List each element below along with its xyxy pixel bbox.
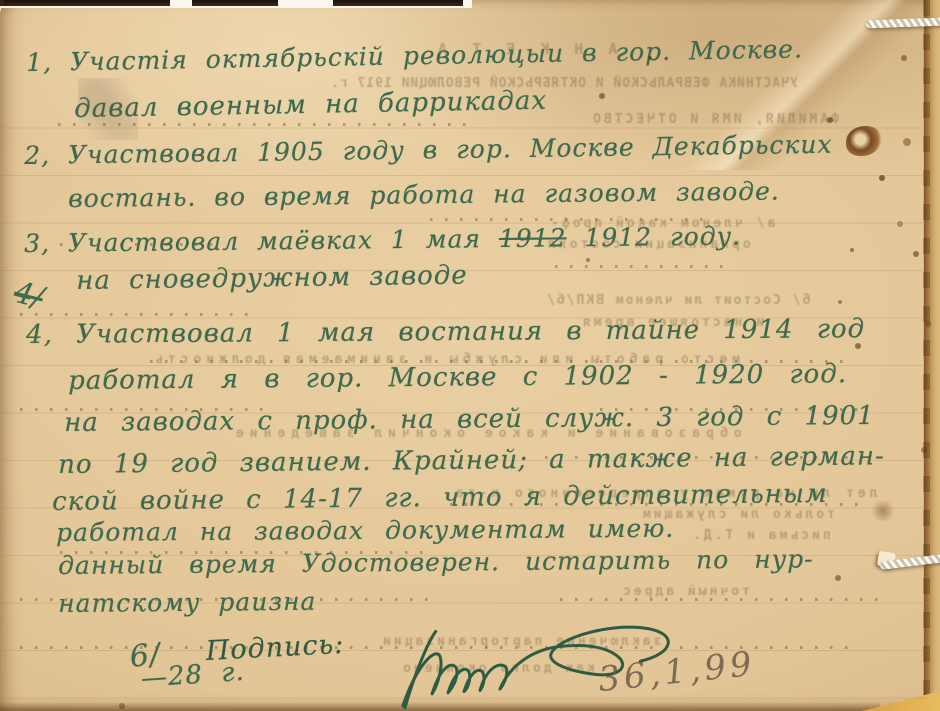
faint-stain — [870, 500, 896, 522]
top-torn-edge — [192, 0, 278, 6]
top-torn-edge — [333, 0, 463, 6]
paper-specks — [0, 0, 4, 4]
bleedthrough-line: б/ Состоит ли членом ВКП/б/ — [545, 293, 810, 308]
bleedthrough-line: письма и Т.Д. — [690, 528, 831, 543]
handwritten-line-6: на сноведружном заводе — [76, 261, 468, 296]
bleedthrough-line: точный адрес — [620, 584, 750, 599]
struck-year: 1912 — [499, 223, 567, 253]
handwritten-line-14: натскому раизна — [58, 587, 317, 618]
handwritten-line-7: 4, Участвовал 1 мая востания в тайне 191… — [26, 314, 865, 350]
dotted-leader — [555, 265, 725, 268]
bleedthrough-line: ФАМИЛИЯ, ИМЯ И ОТЧЕСТВО — [590, 112, 839, 127]
handwritten-line-12: работал на заводах документам имею. — [56, 514, 674, 547]
line-5-text-after: 1912 году. — [566, 221, 741, 252]
top-torn-edge — [0, 0, 170, 6]
line-5-text: 3, Участвовал маёвках 1 мая — [24, 224, 499, 258]
pencil-smudge — [78, 78, 138, 140]
scanned-document-page: А Н К Е Т А УЧАСТНИКА ФЕВРАЛЬСКОЙ И ОКТЯ… — [0, 0, 940, 711]
dotted-leader — [20, 313, 260, 316]
